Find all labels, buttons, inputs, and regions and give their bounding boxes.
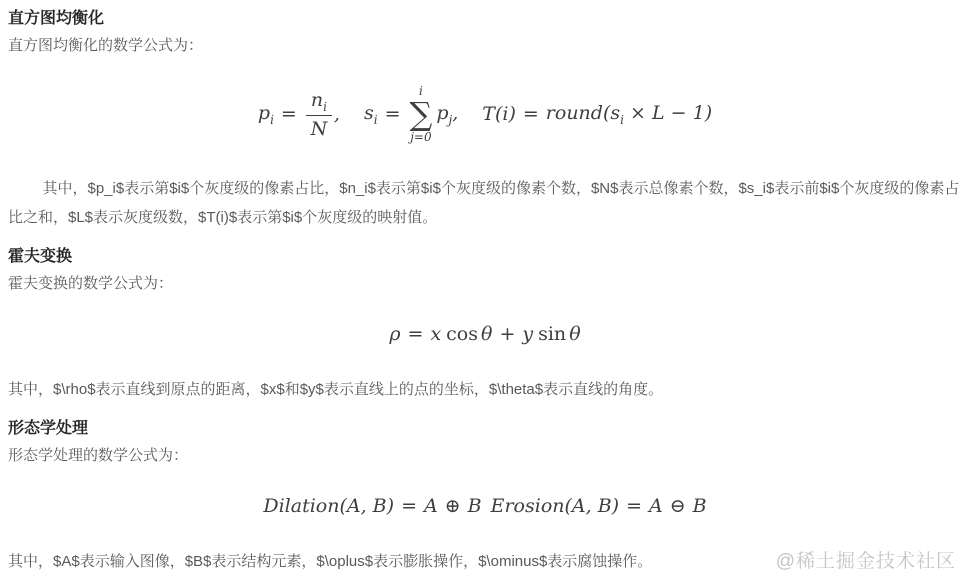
- math-fraction-ni-over-N: ni N: [306, 89, 332, 140]
- math-comma: ,: [452, 102, 458, 124]
- math-fn-cos: cos: [441, 323, 481, 345]
- section-heading: 霍夫变换: [8, 246, 962, 268]
- math-equals: =: [394, 495, 424, 517]
- formula-morphology: Dilation(A, B) = A ⊕ B Erosion(A, B) = A…: [8, 495, 962, 517]
- oplus-icon: ⊕: [438, 495, 468, 517]
- math-equals: =: [274, 103, 304, 125]
- math-var-rho: ρ: [389, 323, 400, 345]
- fraction-denominator: N: [311, 116, 328, 140]
- formula-intro: 直方图均衡化的数学公式为：: [8, 34, 962, 57]
- math-var-A: A: [424, 495, 438, 517]
- math-var: n: [311, 89, 323, 111]
- formula-intro: 霍夫变换的数学公式为：: [8, 272, 962, 295]
- math-var-p-i: pi: [258, 102, 274, 126]
- math-var: p: [436, 102, 448, 124]
- math-var: p: [258, 102, 270, 124]
- formula-variables-description: 其中，$p_i$表示第$i$个灰度级的像素占比，$n_i$表示第$i$个灰度级的…: [8, 174, 962, 232]
- formula-variables-description: 其中，$\rho$表示直线到原点的距离，$x$和$y$表示直线上的点的坐标，$\…: [8, 375, 962, 404]
- math-fn-dilation: Dilation(A, B): [263, 495, 394, 517]
- math-var-theta: θ: [481, 323, 492, 345]
- math-var-B: B: [693, 495, 707, 517]
- math-var-y: y: [522, 323, 533, 345]
- math-equals: =: [516, 103, 546, 125]
- formula-intro: 形态学处理的数学公式为：: [8, 444, 962, 467]
- formula-hough-transform: ρ = x cos θ + y sin θ: [8, 323, 962, 345]
- watermark-juejin: @稀土掘金技术社区: [776, 546, 956, 573]
- math-equals: =: [401, 323, 431, 345]
- math-subscript: i: [323, 100, 327, 114]
- math-expression-tail: × L − 1): [624, 102, 712, 124]
- math-equals: =: [619, 495, 649, 517]
- formula-histogram-equalization: pi = ni N , si = i ∑ j=0 pj, T(i) = roun…: [8, 85, 962, 144]
- summation: i ∑ j=0: [410, 85, 433, 144]
- section-hough-transform: 霍夫变换 霍夫变换的数学公式为： ρ = x cos θ + y sin θ 其…: [8, 246, 962, 404]
- math-var: s: [364, 102, 374, 124]
- section-heading: 直方图均衡化: [8, 8, 962, 30]
- math-fn-sin: sin: [533, 323, 569, 345]
- ominus-icon: ⊖: [663, 495, 693, 517]
- math-var-B: B: [468, 495, 482, 517]
- math-equals: =: [378, 103, 408, 125]
- math-var-p-j: pj,: [436, 102, 458, 126]
- math-var-x: x: [430, 323, 441, 345]
- math-var-A: A: [649, 495, 663, 517]
- math-comma: ,: [334, 103, 340, 125]
- math-fn-round: round(: [546, 102, 611, 124]
- math-var-theta: θ: [569, 323, 580, 345]
- math-var: s: [610, 102, 620, 124]
- section-heading: 形态学处理: [8, 418, 962, 440]
- math-plus: +: [492, 323, 522, 345]
- math-fn-erosion: Erosion(A, B): [491, 495, 619, 517]
- section-histogram-equalization: 直方图均衡化 直方图均衡化的数学公式为： pi = ni N , si = i …: [8, 8, 962, 232]
- math-T-of-i: T(i): [482, 103, 516, 125]
- fraction-numerator: ni: [306, 89, 332, 116]
- article-content: 直方图均衡化 直方图均衡化的数学公式为： pi = ni N , si = i …: [8, 8, 962, 576]
- sigma-icon: ∑: [410, 98, 433, 130]
- summation-lower-limit: j=0: [410, 131, 431, 144]
- math-round-expression: round(si × L − 1): [546, 102, 712, 126]
- math-var-s-i: si: [364, 102, 378, 126]
